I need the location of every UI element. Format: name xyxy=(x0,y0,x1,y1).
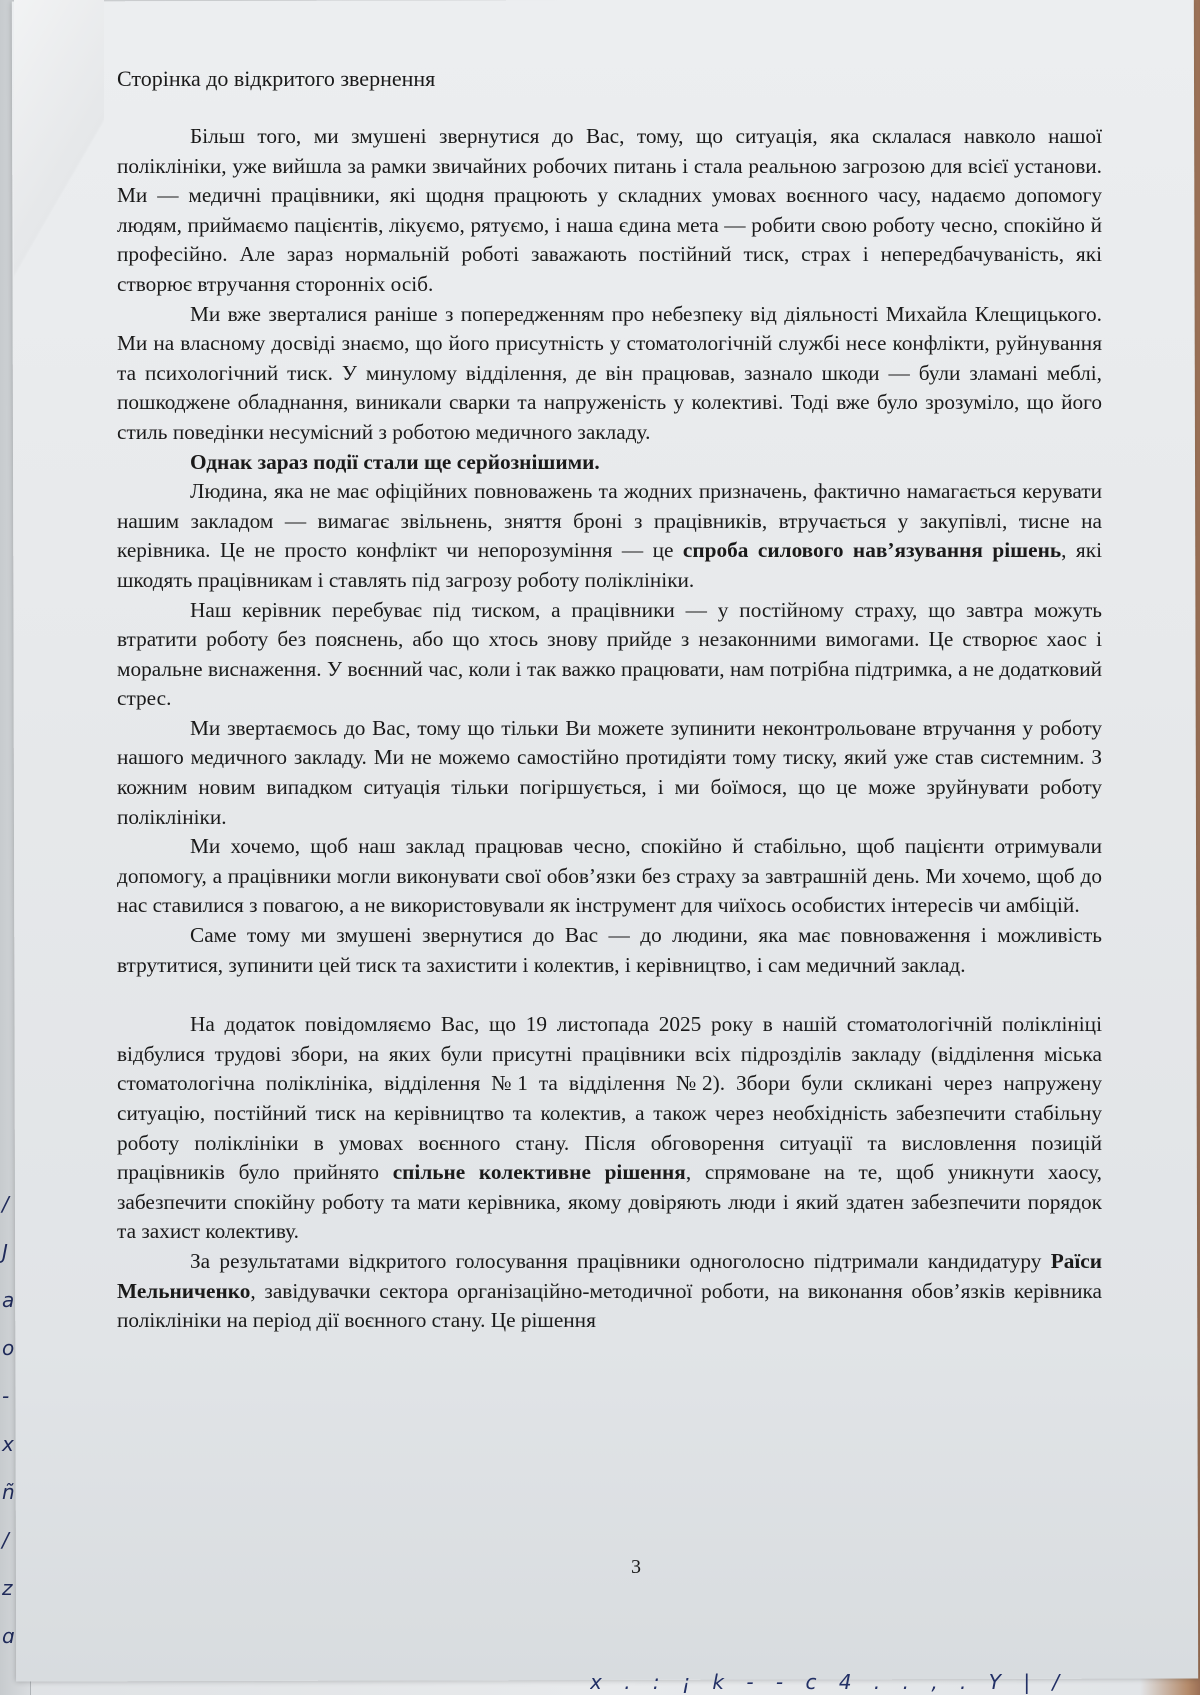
document-page: Сторінка до відкритого звернення Більш т… xyxy=(117,64,1102,1336)
paragraph-4: Людина, яка не має офіційних повноважень… xyxy=(117,477,1102,595)
page-title: Сторінка до відкритого звернення xyxy=(117,64,1102,94)
paragraph-6: Ми звертаємось до Вас, тому що тільки Ви… xyxy=(117,714,1102,832)
bold-statement: Однак зараз події стали ще серйознішими. xyxy=(190,450,600,474)
page-number: 3 xyxy=(631,1556,641,1579)
paragraph-1: Більш того, ми змушені звернутися до Вас… xyxy=(117,122,1102,300)
paragraph-8: Саме тому ми змушені звернутися до Вас —… xyxy=(117,921,1102,980)
paragraph-gap xyxy=(117,980,1102,1010)
paragraph-9: На додаток повідомляємо Вас, що 19 листо… xyxy=(117,1010,1102,1247)
paragraph-5: Наш керівник перебуває під тиском, а пра… xyxy=(117,596,1102,714)
handwritten-bottom-edge: x . : ¡ k - - c 4 . . , . Y | / xyxy=(590,1670,1150,1695)
paragraph-10: За результатами відкритого голосування п… xyxy=(117,1247,1102,1336)
paragraph-7: Ми хочемо, щоб наш заклад працював чесно… xyxy=(117,832,1102,921)
folded-corner xyxy=(14,0,104,300)
paragraph-2: Ми вже зверталися раніше з попередженням… xyxy=(117,300,1102,448)
bold-phrase: спільне колективне рішення xyxy=(393,1160,686,1184)
text-span: За результатами відкритого голосування п… xyxy=(190,1249,1051,1273)
text-span: На додаток повідомляємо Вас, що 19 листо… xyxy=(117,1012,1102,1184)
paragraph-3-heading: Однак зараз події стали ще серйознішими. xyxy=(117,448,1102,478)
text-span: , завідувачки сектора організаційно-мето… xyxy=(117,1279,1102,1333)
bold-phrase: спроба силового нав’язування рішень xyxy=(683,538,1061,562)
